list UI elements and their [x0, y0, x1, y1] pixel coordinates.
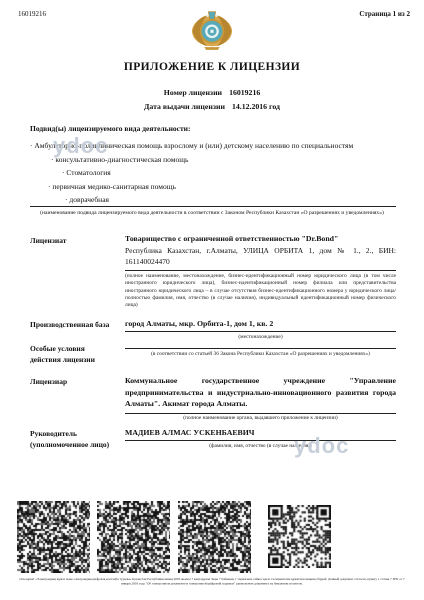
subtype-item: · первичная медико-санитарная помощь	[30, 182, 410, 191]
license-number-value: 16019216	[229, 88, 260, 97]
licensee-block: Товарищество с ограниченной ответственно…	[125, 233, 396, 309]
special-conditions-block: (в соответствии со статьей 36 Закона Рес…	[125, 341, 396, 358]
separator-line	[125, 348, 396, 349]
licensor-caption: (полное наименование органа, выдавшего п…	[125, 415, 396, 422]
datamatrix-barcode-2	[97, 501, 170, 573]
licensor-block: Коммунальное государственное учреждение …	[125, 375, 396, 422]
licensor-value: Коммунальное государственное учреждение …	[125, 375, 396, 410]
subtype-item: · Стоматология	[30, 168, 410, 177]
license-date-value: 14.12.2016 год	[232, 102, 280, 111]
doc-number: 16019216	[18, 10, 46, 18]
separator-line	[125, 270, 396, 271]
license-date-label: Дата выдачи лицензии	[144, 102, 225, 111]
head-person-name: МАДИЕВ АЛМАС УСКЕНБАЕВИЧ	[125, 427, 396, 439]
ydoc-watermark: ydoc	[53, 133, 108, 159]
licensee-caption: (полное наименование, местонахождение, б…	[125, 273, 396, 309]
license-annex-document: 16019216 Страница 1 из 2 ПРИЛОЖЕНИЕ К ЛИ…	[0, 0, 424, 600]
subtype-item: · доврачебная	[30, 195, 410, 204]
datamatrix-barcode-3	[178, 501, 251, 573]
footer-disclaimer: Осы құжат «Электрондық құжат және электр…	[0, 577, 424, 586]
license-date-line: Дата выдачи лицензии14.12.2016 год	[0, 102, 424, 111]
document-title: ПРИЛОЖЕНИЕ К ЛИЦЕНЗИИ	[0, 61, 424, 73]
separator-line	[125, 413, 396, 414]
datamatrix-barcode-1	[17, 501, 90, 573]
qr-code	[268, 505, 331, 568]
license-number-line: Номер лицензии16019216	[0, 88, 424, 97]
head-person-caption: (фамилия, имя, отчество (в случае наличи…	[125, 443, 396, 450]
page-indicator: Страница 1 из 2	[359, 10, 410, 18]
separator-line	[30, 206, 396, 207]
production-base-label: Производственная база	[30, 320, 125, 331]
licensor-label: Лицензиар	[30, 377, 67, 388]
special-conditions-label: Особые условия действия лицензии	[30, 344, 112, 366]
subtypes-caption: (наименование подвида лицензируемого вид…	[28, 209, 396, 217]
footer-disclaimer-kk: Осы құжат «Электрондық құжат және электр…	[19, 578, 327, 582]
licensee-name: Товарищество с ограниченной ответственно…	[125, 233, 396, 245]
subtypes-heading: Подвид(ы) лицензируемого вида деятельнос…	[30, 124, 190, 133]
production-base-value: город Алматы, мкр. Орбита-1, дом 1, кв. …	[125, 318, 396, 330]
special-conditions-caption: (в соответствии со статьей 36 Закона Рес…	[125, 351, 396, 358]
head-person-block: МАДИЕВ АЛМАС УСКЕНБАЕВИЧ (фамилия, имя, …	[125, 427, 396, 450]
production-base-block: город Алматы, мкр. Орбита-1, дом 1, кв. …	[125, 318, 396, 341]
separator-line	[125, 331, 396, 332]
ydoc-watermark: ydoc	[294, 433, 349, 459]
separator-line	[125, 440, 396, 441]
licensee-label: Лицензиат	[30, 236, 66, 247]
license-number-label: Номер лицензии	[164, 88, 222, 97]
production-base-caption: (местонахождение)	[125, 334, 396, 341]
head-person-label: Руководитель (уполномоченное лицо)	[30, 429, 130, 451]
kazakhstan-coat-of-arms-icon	[187, 6, 237, 52]
licensee-address: Республика Казахстан, г.Алматы, УЛИЦА ОР…	[125, 245, 396, 268]
